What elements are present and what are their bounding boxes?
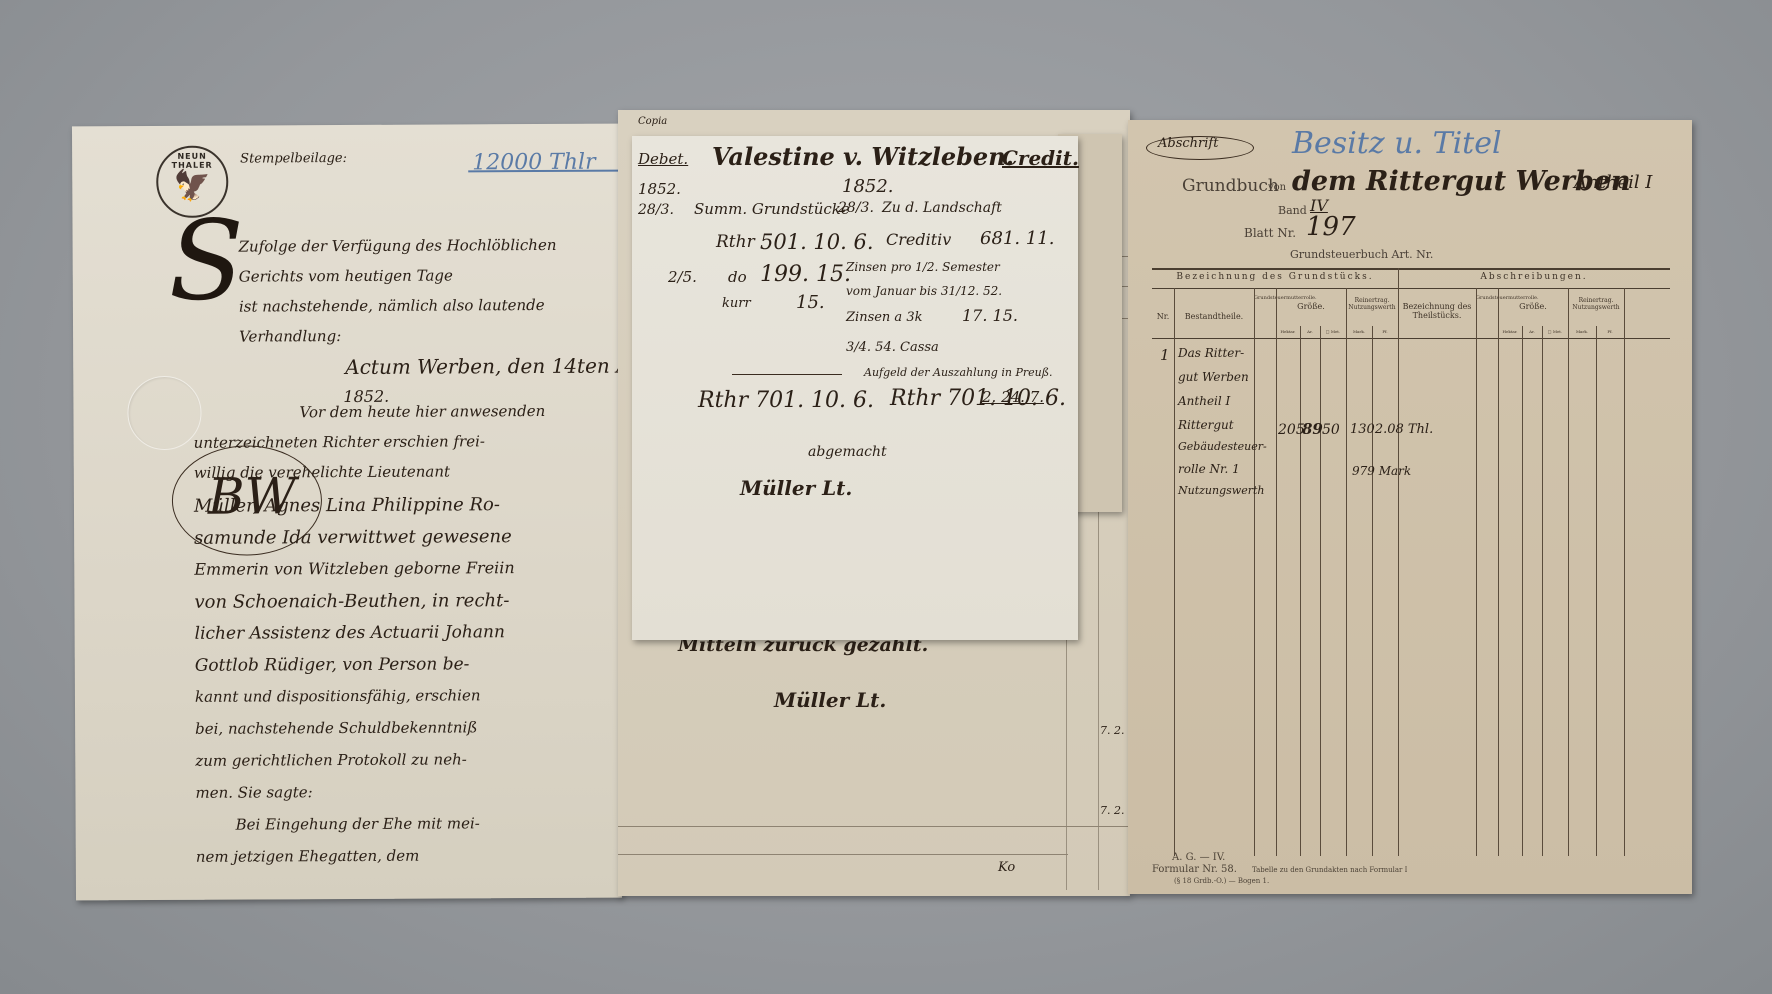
table-col-rule (1498, 288, 1499, 856)
col-header-reinertrag-2: Reinertrag. Nutzungswerth (1568, 298, 1624, 312)
bottom-mark: Ko (998, 860, 1015, 875)
subcol-mark-2: Mark. (1568, 330, 1596, 335)
body-line: samunde Ida verwittwet gewesene (194, 526, 512, 549)
grundbuch-title: Grundbuch (1182, 176, 1279, 196)
body-line: licher Assistenz des Actuarii Johann (195, 622, 505, 644)
left-document: NEUN THALER 🦅 S Stempelbeilage: 12000 Th… (72, 124, 622, 901)
footer-form-description: Tabelle zu den Grundakten nach Formular … (1252, 866, 1407, 874)
footer-form-reference: (§ 18 Grdb.-O.) — Bogen 1. (1174, 877, 1269, 885)
title-von: von (1268, 182, 1286, 193)
table-col-rule (1568, 288, 1569, 856)
table-col-rule (1398, 268, 1399, 856)
row-bestandtheile: Gebäudesteuer- (1178, 440, 1267, 453)
credit-text: Zinsen pro 1/2. Semester (846, 260, 1000, 274)
margin-mark: 7. 2. (1100, 724, 1125, 737)
row-bestandtheile: Nutzungswerth (1178, 484, 1264, 497)
intro-line: Gerichts vom heutigen Tage (239, 266, 453, 285)
row-bestandtheile: gut Werben (1178, 370, 1249, 384)
table-col-rule (1372, 326, 1373, 856)
grundsteuer-label: Grundsteuerbuch Art. Nr. (1290, 248, 1433, 261)
table-col-rule (1624, 288, 1625, 856)
embossed-seal (127, 376, 201, 450)
intro-line: Zufolge der Verfügung des Hochlöblichen (239, 236, 557, 256)
closing-note: abgemacht (808, 444, 887, 460)
table-col-rule (1300, 326, 1301, 856)
subcol-pf-2: Pf. (1596, 330, 1624, 335)
row-ar: 89 (1302, 420, 1323, 438)
middle-front-ledger: Debet. Valestine v. Witzleben. Credit. 1… (632, 136, 1078, 640)
grundbuch-table: Bezeichnung des Grundstücks. Abschreibun… (1152, 268, 1670, 856)
ledger-rule (618, 826, 1130, 827)
debit-text: kurr (722, 296, 751, 311)
intro-line: Verhandlung: (239, 327, 341, 346)
debit-year: 1852. (638, 180, 681, 198)
col-header-bestandtheile: Bestandtheile. (1174, 312, 1254, 321)
right-grundbuch-document: Abschrift Besitz u. Titel Grundbuch von … (1128, 120, 1692, 894)
row-bestandtheile: Rittergut (1178, 418, 1234, 432)
body-line: zum gerichtlichen Protokoll zu neh- (195, 750, 467, 769)
subcol-ar: Ar. (1300, 330, 1320, 335)
total-debit: Rthr 701. 10. 6. (698, 388, 874, 413)
table-col-rule (1276, 288, 1277, 856)
stamp-label: NEUN THALER (158, 152, 226, 170)
subcol-hektar-2: Hektar. (1498, 330, 1522, 335)
blatt-value: 197 (1306, 212, 1356, 242)
debit-date: 28/3. (638, 202, 674, 218)
subcol-ar-2: Ar. (1522, 330, 1542, 335)
abschrift-note: Abschrift (1158, 136, 1218, 151)
col-header-nr: Nr. (1152, 312, 1174, 321)
body-line: nem jetzigen Ehegatten, dem (196, 847, 420, 866)
table-top-rule (1152, 268, 1670, 270)
debit-text: Summ. Grundstücke (694, 200, 850, 218)
total-credit: Rthr 701. 10. 6. (890, 386, 1066, 411)
body-line: kannt und dispositionsfähig, erschien (195, 686, 481, 705)
body-line: Vor dem heute hier anwesenden (299, 402, 545, 421)
back-signature: Müller Lt. (774, 688, 886, 712)
credit-text: vom Januar bis 31/12. 52. (846, 284, 1002, 298)
header-note: Stempelbeilage: (240, 151, 347, 167)
body-line: von Schoenaich-Beuthen, in recht- (194, 590, 509, 613)
front-signature: Müller Lt. (740, 476, 852, 500)
subcol-pf: Pf. (1372, 330, 1398, 335)
margin-mark: 7. 2. (1100, 804, 1125, 817)
intro-line: ist nachstehende, nämlich also lautende (239, 296, 545, 316)
credit-text: Creditiv (886, 230, 951, 249)
body-line: Bei Eingehung der Ehe mit mei- (236, 814, 480, 833)
amount-underline (468, 170, 618, 173)
sum-rule (732, 374, 842, 375)
subcol-qm-2: □ Met. (1542, 330, 1568, 335)
blatt-label: Blatt Nr. (1244, 226, 1296, 240)
title-suffix: Antheil I (1574, 172, 1652, 193)
body-line: Gottlob Rüdiger, von Person be- (195, 654, 470, 675)
col-header-mutterrolle-2: Grundsteuermutterrolle. (1476, 296, 1498, 302)
col-header-groesse: Größe. (1276, 302, 1346, 311)
subcol-mark: Mark. (1346, 330, 1372, 335)
table-col-rule (1522, 326, 1523, 856)
debit-amount: 501. 10. 6. (760, 230, 874, 254)
table-rule (1152, 288, 1670, 289)
col-header-mutterrolle: Grundsteuermutterrolle. (1254, 296, 1276, 302)
credit-date: 28/3. (838, 200, 874, 216)
debit-amount: 199. 15. (760, 262, 851, 287)
table-col-rule (1320, 326, 1321, 856)
col-header-reinertrag: Reinertrag. Nutzungswerth (1346, 298, 1398, 312)
body-line: willig die verehelichte Lieutenant (194, 462, 450, 481)
group-header: Abschreibungen. (1398, 272, 1670, 282)
table-col-rule (1346, 288, 1347, 856)
credit-text: Zinsen a 3k (846, 310, 922, 325)
group-header: Bezeichnung des Grundstücks. (1152, 272, 1398, 282)
corner-note: Copia (638, 116, 667, 127)
credit-text: Aufgeld der Auszahlung in Preuß. (864, 366, 1053, 379)
debit-text: do (728, 268, 747, 286)
debit-amount: 15. (796, 292, 825, 313)
table-col-rule (1542, 326, 1543, 856)
table-col-rule (1596, 326, 1597, 856)
ledger-rule (618, 854, 1068, 855)
subcol-qm: □ Met. (1320, 330, 1346, 335)
row-nutzungswerth: 979 Mark (1352, 464, 1411, 478)
col-header-groesse-2: Größe. (1498, 302, 1568, 311)
credit-heading: Credit. (1002, 146, 1079, 170)
debit-date: 2/5. (668, 268, 697, 286)
credit-amount: 17. 15. (962, 306, 1018, 325)
credit-text: Zu d. Landschaft (882, 200, 1002, 216)
blue-annotation: Besitz u. Titel (1292, 126, 1502, 161)
subcol-hektar: Hektar. (1276, 330, 1300, 335)
body-line: unterzeichneten Richter erschien frei- (194, 432, 485, 452)
table-header-rule (1152, 338, 1670, 339)
body-line: Müller, Agnes Lina Philippine Ro- (194, 494, 500, 517)
row-hektar: 205 (1278, 422, 1305, 438)
row-bestandtheile: rolle Nr. 1 (1178, 462, 1240, 476)
body-line: bei, nachstehende Schuldbekenntniß (195, 718, 477, 737)
band-label: Band (1278, 204, 1307, 217)
debit-text: Rthr (716, 232, 755, 252)
body-line: men. Sie sagte: (195, 783, 312, 802)
ledger-title: Valestine v. Witzleben. (712, 142, 1014, 171)
credit-year: 1852. (842, 176, 894, 197)
footer-form-number: Formular Nr. 58. (1152, 864, 1237, 875)
decorative-initial: S (168, 206, 244, 316)
row-bestandtheile: Das Ritter- (1178, 346, 1244, 360)
footer-form-id: A. G. — IV. (1172, 852, 1225, 863)
credit-text: 3/4. 54. Cassa (846, 340, 939, 355)
ledger-column-rule (1098, 510, 1099, 890)
col-header-theilstueck: Bezeichnung des Theilstücks. (1398, 302, 1476, 320)
debit-heading: Debet. (638, 150, 688, 168)
credit-amount: 681. 11. (980, 228, 1054, 249)
table-col-rule (1174, 288, 1175, 856)
row-reinertrag: 1302.08 Thl. (1350, 422, 1433, 437)
row-bestandtheile: Antheil I (1178, 394, 1230, 408)
row-qm: 50 (1322, 422, 1340, 438)
row-nr: 1 (1160, 346, 1170, 364)
table-col-rule (1476, 288, 1477, 856)
body-line: Emmerin von Witzleben geborne Freiin (194, 558, 514, 579)
table-col-rule (1254, 288, 1255, 856)
